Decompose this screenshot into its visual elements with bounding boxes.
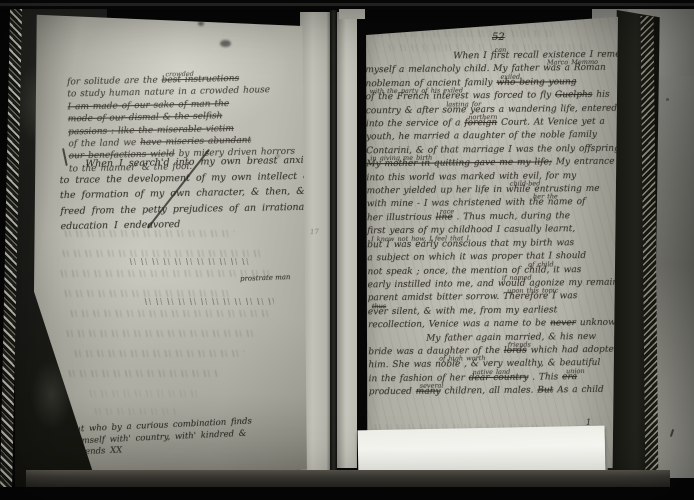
text-segment: butI know not how, I feel that I (367, 240, 382, 250)
ghost-script-line (70, 310, 270, 317)
manuscript-line: not speak ; once, the mention of childof… (367, 263, 613, 279)
manuscript-photograph: for solitude are the best instructionscr… (0, 0, 694, 500)
manuscript-line: Contarini, & of that marriage I was the … (366, 143, 612, 159)
manuscript-line: produced manyseveral children, all males… (369, 384, 615, 400)
ghost-script-line (376, 30, 556, 37)
interlinear-insertion: if named (502, 271, 532, 285)
manuscript-line: her illustrious linerace . Thus much, du… (367, 210, 613, 226)
manuscript-line: with mine - I was christened with the na… (367, 196, 613, 212)
pen-deletion-stroke (62, 148, 67, 166)
text-segment: entrusting me (530, 184, 599, 195)
manuscript-line: myself a melancholy child. My father was… (365, 62, 611, 78)
text-segment: his (592, 90, 609, 100)
margin-note: prostrate man (240, 273, 291, 283)
ghost-script-line (89, 390, 199, 397)
manuscript-line: recollection, Venice was a name to be ne… (368, 317, 614, 333)
interlinear-insertion: northern (468, 111, 497, 125)
text-segment: Contarini, & of that marriage I was the … (366, 143, 620, 156)
text-segment: youth, he married a daughter of the nobl… (366, 130, 597, 142)
text-segment: childof child (524, 265, 546, 275)
text-segment: , it was (547, 265, 582, 275)
interlinear-insertion: Marco Memmo (547, 56, 598, 70)
left-page-top-block: for solitude are the best instructionscr… (67, 72, 301, 176)
text-segment: mother yielded up her life in (367, 185, 506, 196)
text-segment: I was early conscious that my birth was (382, 238, 574, 250)
manuscript-line: My father again married, & his new (368, 330, 614, 346)
manuscript-line: My mother in quitting gave me my life;in… (366, 156, 612, 172)
text-segment: nobleof high worth (435, 360, 460, 370)
manuscript-line: into the service of a foreignnorthern Co… (366, 116, 612, 132)
text-segment: parent amidst bitter sorrow. (368, 292, 504, 303)
text-segment: not speak ; once, the mention of (367, 265, 524, 277)
text-segment: to trace the development of my own intel… (60, 170, 312, 185)
text-segment: silent, & with me, from my earliest (388, 305, 557, 317)
manuscript-line: our benefactions wield by misery driven … (69, 146, 301, 163)
manuscript-line: I am made of our sake of man the (68, 96, 300, 113)
text-segment: in the fashion of her (369, 373, 469, 384)
manuscript-line: the formation of my own character, & the… (60, 184, 300, 204)
photo-frame-top-line (0, 3, 694, 6)
manuscript-line: nobleman of ancient family who being you… (365, 76, 611, 92)
text-segment: country & after (366, 105, 443, 116)
text-segment: who being youngexiled (496, 77, 576, 88)
interlinear-insertion: her the (533, 191, 558, 205)
manuscript-line: mother yielded up her life in whilechild… (367, 183, 613, 199)
manuscript-line: into this world was marked with evil, fo… (366, 169, 612, 185)
text-segment: freed from the petty prejudices of an ir… (60, 202, 307, 217)
interlinear-insertion: of high worth (439, 352, 486, 366)
text-segment: But (537, 386, 553, 396)
text-segment: I was (548, 291, 577, 301)
text-segment: never (550, 318, 576, 328)
manuscript-line: When I search'd into my own breast anxio… (59, 153, 299, 173)
text-segment: eraunion (562, 372, 577, 382)
text-segment: which had adopted (527, 345, 620, 356)
manuscript-line: him. She was nobleof high worth , & very… (368, 357, 614, 373)
manuscript-line: youth, he married a daughter of the nobl… (366, 129, 612, 145)
interlinear-insertion: I know not how, I feel that I (371, 232, 469, 246)
ink-smudge (198, 21, 204, 26)
right-page-text-block: When I firstcan recall existence I remem… (365, 49, 615, 400)
manuscript-line: country & after somelasting for years a … (366, 102, 612, 118)
manuscript-line: mode of our dismal & the selfish (68, 109, 300, 126)
manuscript-line: bride was a daughter of the lordsfriends… (368, 344, 614, 360)
manuscript-line: born out who by a curious combination fi… (45, 414, 301, 437)
text-segment: mode of our dismal & the selfish (68, 111, 223, 124)
interlinear-insertion: crowded (165, 68, 194, 81)
interlinear-insertion: thus (372, 300, 386, 314)
manuscript-line: pride himself with' country, with' kindr… (46, 426, 302, 449)
text-segment: dear countrynative land (469, 372, 529, 383)
ghost-script-line (68, 370, 218, 377)
interlinear-insertion: union (566, 365, 585, 379)
manuscript-line: to study human nature in a crowded house (67, 84, 299, 101)
text-segment: the formation of my own character, & the… (60, 186, 305, 201)
text-segment: to the manner' & the fool. (69, 162, 193, 175)
gutter-pencil-mark: 17 (310, 228, 319, 237)
text-segment: somelasting for (442, 105, 466, 115)
text-segment: by misery driven horrors (175, 147, 296, 160)
interlinear-insertion: upon this topic (507, 285, 558, 299)
ghost-script-line (129, 258, 249, 265)
manuscript-line: a subject on which it was proper that I … (367, 250, 613, 266)
text-segment: . This (528, 372, 562, 382)
text-segment: When I (453, 51, 491, 61)
ghost-script-line (388, 44, 588, 51)
text-segment: our benefactions wield (69, 150, 175, 162)
interlinear-insertion: lasting for (446, 98, 481, 112)
manuscript-line: everthus silent, & with me, from my earl… (368, 303, 614, 319)
text-segment: My mother in quitting gave me my life;in… (366, 158, 552, 170)
ghost-script-line (62, 250, 262, 257)
text-segment: lordsfriends (504, 346, 527, 356)
manuscript-line: of the land we have miseries abundant (68, 134, 300, 151)
manuscript-line: early instilled into me, and would agoni… (368, 277, 614, 293)
interlinear-insertion: with the party of his exiled (370, 84, 464, 98)
page-number-top: 52 (492, 32, 505, 43)
text-segment: would agonizeif named (498, 278, 565, 289)
page-edge-strip-inner-right (337, 12, 357, 468)
ghost-script-line (60, 270, 270, 277)
manuscript-line: for solitude are the best instructionscr… (67, 72, 299, 89)
gutter-shadow (330, 10, 337, 472)
manuscript-line: to the manner' & the fool. (69, 158, 301, 175)
text-segment: Guelphs (555, 90, 592, 100)
manuscript-line: education I endeavored (60, 215, 300, 235)
photo-frame-bottom (0, 487, 694, 500)
text-segment: myself a melancholy child. My father (365, 64, 543, 76)
emulsion-speck (666, 98, 669, 101)
text-segment: was a RomanMarco Memmo (543, 63, 606, 74)
pen-deletion-stroke (147, 149, 210, 229)
right-manuscript-page: 52 When I firstcan recall existence I re… (354, 14, 622, 470)
text-segment: everthus (368, 307, 388, 317)
text-segment: with mine - I was christened with (367, 198, 529, 210)
text-segment: I am made of our sake of man the (68, 99, 230, 112)
manuscript-line: passions : like the miserable victim (68, 121, 300, 138)
interlinear-insertion: friends (508, 339, 531, 353)
text-segment: linerace (436, 212, 453, 222)
text-segment: her illustrious (367, 212, 436, 223)
manuscript-line: When I firstcan recall existence I remem… (365, 49, 611, 65)
text-segment: My father again married, & his new (426, 331, 596, 343)
manuscript-line: butI know not how, I feel that I I was e… (367, 236, 613, 252)
text-segment: into this world was marked with evil, fo… (366, 171, 576, 183)
text-segment: foreignnorthern (464, 118, 497, 128)
text-segment: recollection, Venice was a name to be (368, 319, 550, 331)
manuscript-line: first years of my childhood I casually l… (367, 223, 613, 239)
ghost-script-line (74, 350, 244, 357)
ghost-script-line (144, 298, 274, 305)
text-segment: for solitude are the (67, 75, 162, 87)
text-segment: My entrance (552, 157, 615, 168)
text-segment: of the French interest was forced to fly… (366, 91, 555, 103)
text-segment: early instilled into me, and (368, 279, 498, 290)
interlinear-insertion: of child (528, 258, 554, 272)
text-segment: produced (369, 387, 416, 397)
interlinear-insertion: child-bed (510, 178, 541, 192)
manuscript-line: to trace the development of my own intel… (60, 169, 300, 189)
left-manuscript-page: for solitude are the best instructionscr… (34, 12, 308, 478)
manuscript-line: freed from the petty prejudices of an ir… (60, 200, 300, 220)
ink-smudge (276, 154, 280, 158)
text-segment: Thereforeupon this topic (503, 292, 548, 302)
text-segment: firstcan (491, 51, 510, 61)
interlinear-insertion: can (495, 44, 507, 58)
text-segment: manyseveral (416, 387, 441, 397)
text-segment: into the service of a (366, 118, 465, 129)
ghost-script-line (66, 330, 256, 337)
text-segment: have miseries abundant (140, 136, 251, 148)
text-segment: the name ofher the (529, 197, 585, 208)
ink-smudge (220, 40, 231, 47)
interlinear-insertion: race (440, 205, 455, 219)
text-segment: education I endeavored (60, 219, 180, 232)
text-segment: years a wandering life, entered (466, 103, 617, 115)
text-segment: him. She was (368, 360, 435, 371)
ghost-script-line (94, 408, 176, 415)
text-segment: first years of my childhood I casually l… (367, 224, 575, 236)
text-segment: When I search'd into my own breast anxio… (85, 155, 320, 170)
interlinear-insertion: in giving me birth (370, 152, 432, 166)
left-page-paragraph-block: When I search'd into my own breast anxio… (59, 153, 300, 235)
text-segment: passions : like the miserable victim (68, 124, 234, 137)
text-segment: bride was a daughter of the (368, 346, 504, 357)
text-segment: of the land we (68, 138, 140, 150)
interlinear-insertion: native land (473, 366, 511, 380)
manuscript-line: parent amidst bitter sorrow. Thereforeup… (368, 290, 614, 306)
text-segment: nobleman of ancient family (365, 78, 496, 89)
text-segment: Court. At Venice yet a (497, 117, 605, 128)
text-segment: , & very wealthy, & beautiful (460, 358, 600, 369)
ghost-script-line (64, 290, 232, 297)
interlinear-insertion: exiled (500, 70, 520, 84)
text-segment: children, all males. (441, 386, 538, 397)
text-segment: a subject on which it was proper that I … (367, 251, 586, 263)
manuscript-line: in the fashion of her dear countrynative… (369, 370, 615, 386)
manuscript-line: of the French interest was forced to fly… (366, 89, 612, 105)
interlinear-insertion: several (420, 380, 444, 394)
text-segment: As a child (553, 385, 604, 396)
text-segment: whilechild-bed (506, 185, 531, 195)
text-segment: best instructionscrowded (162, 74, 240, 86)
text-segment: to study human nature in a crowded house (67, 86, 270, 100)
ghost-script-line (64, 230, 234, 237)
text-segment: . Thus much, during the (453, 211, 571, 222)
